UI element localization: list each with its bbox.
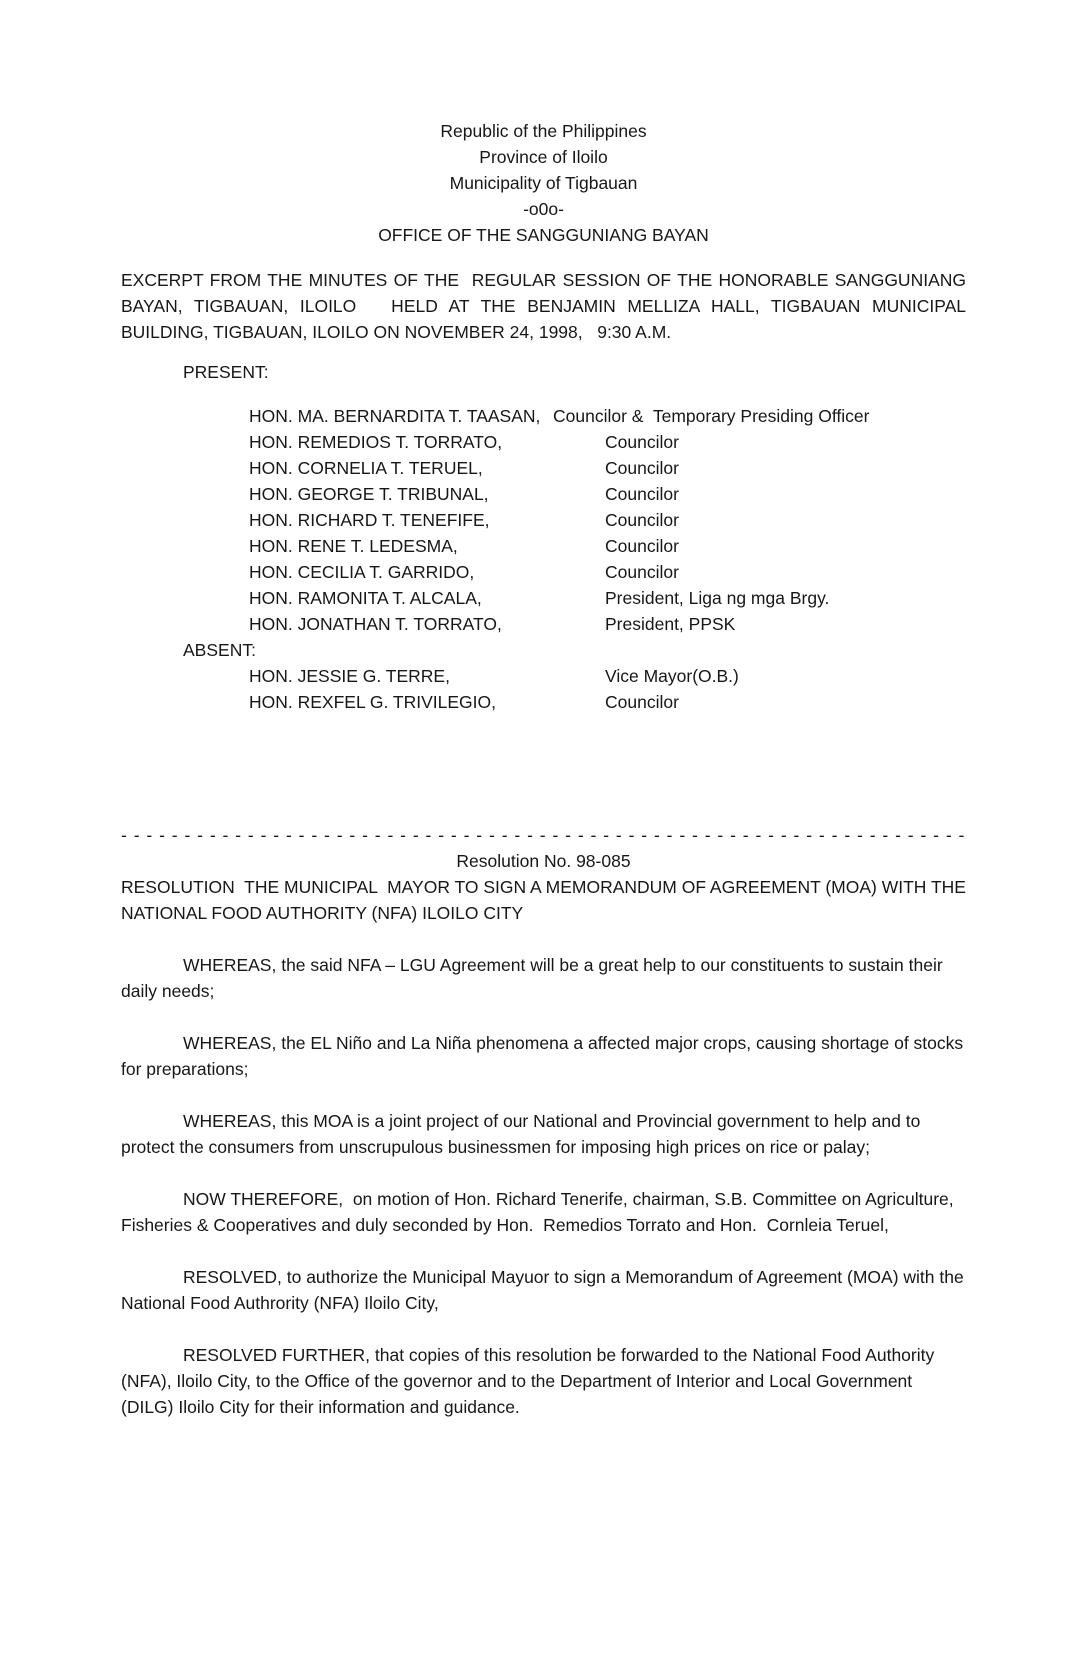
member-role: Councilor	[553, 455, 679, 481]
document-header: Republic of the Philippines Province of …	[121, 118, 966, 248]
member-name: HON. RAMONITA T. ALCALA,	[249, 585, 553, 611]
member-role: Councilor	[553, 429, 679, 455]
member-name: HON. REXFEL G. TRIVILEGIO,	[249, 689, 553, 715]
member-role: President, Liga ng mga Brgy.	[553, 585, 829, 611]
present-row: HON. JONATHAN T. TORRATO, President, PPS…	[249, 611, 966, 637]
member-role: Vice Mayor(O.B.)	[553, 663, 739, 689]
member-name: HON. JONATHAN T. TORRATO,	[249, 611, 553, 637]
present-row: HON. RAMONITA T. ALCALA, President, Liga…	[249, 585, 966, 611]
member-name: HON. GEORGE T. TRIBUNAL,	[249, 481, 553, 507]
member-name: HON. RICHARD T. TENEFIFE,	[249, 507, 553, 533]
member-name: HON. MA. BERNARDITA T. TAASAN,	[249, 403, 553, 429]
document-page: Republic of the Philippines Province of …	[0, 0, 1088, 1664]
header-province-line: Province of Iloilo	[121, 144, 966, 170]
member-role: President, PPSK	[553, 611, 735, 637]
present-row: HON. CORNELIA T. TERUEL, Councilor	[249, 455, 966, 481]
resolution-number: Resolution No. 98-085	[121, 848, 966, 874]
header-municipality-line: Municipality of Tigbauan	[121, 170, 966, 196]
header-office-line: OFFICE OF THE SANGGUNIANG BAYAN	[121, 222, 966, 248]
member-name: HON. JESSIE G. TERRE,	[249, 663, 553, 689]
member-role: Councilor	[553, 507, 679, 533]
resolved-clause: RESOLVED, to authorize the Municipal May…	[121, 1264, 966, 1316]
member-name: HON. REMEDIOS T. TORRATO,	[249, 429, 553, 455]
present-row: HON. GEORGE T. TRIBUNAL, Councilor	[249, 481, 966, 507]
member-role: Councilor	[553, 533, 679, 559]
present-label: PRESENT:	[183, 359, 966, 385]
absent-label: ABSENT:	[183, 637, 966, 663]
dashed-separator: - - - - - - - - - - - - - - - - - - - - …	[121, 822, 966, 848]
member-role: Councilor & Temporary Presiding Officer	[553, 403, 869, 429]
member-name: HON. CECILIA T. GARRIDO,	[249, 559, 553, 585]
resolved-further-clause: RESOLVED FURTHER, that copies of this re…	[121, 1342, 966, 1420]
member-role: Councilor	[553, 689, 679, 715]
member-name: HON. RENE T. LEDESMA,	[249, 533, 553, 559]
present-row: HON. RICHARD T. TENEFIFE, Councilor	[249, 507, 966, 533]
member-name: HON. CORNELIA T. TERUEL,	[249, 455, 553, 481]
header-republic-line: Republic of the Philippines	[121, 118, 966, 144]
present-row: HON. REMEDIOS T. TORRATO, Councilor	[249, 429, 966, 455]
absent-row: HON. REXFEL G. TRIVILEGIO, Councilor	[249, 689, 966, 715]
member-role: Councilor	[553, 481, 679, 507]
member-role: Councilor	[553, 559, 679, 585]
present-row: HON. RENE T. LEDESMA, Councilor	[249, 533, 966, 559]
absent-row: HON. JESSIE G. TERRE, Vice Mayor(O.B.)	[249, 663, 966, 689]
absent-roster: HON. JESSIE G. TERRE, Vice Mayor(O.B.) H…	[249, 663, 966, 715]
whereas-clause-3: WHEREAS, this MOA is a joint project of …	[121, 1108, 966, 1160]
present-row: HON. MA. BERNARDITA T. TAASAN, Councilor…	[249, 403, 966, 429]
now-therefore-clause: NOW THEREFORE, on motion of Hon. Richard…	[121, 1186, 966, 1238]
excerpt-paragraph: EXCERPT FROM THE MINUTES OF THE REGULAR …	[121, 267, 966, 345]
whereas-clause-1: WHEREAS, the said NFA – LGU Agreement wi…	[121, 952, 966, 1004]
header-o0o-ornament: -o0o-	[121, 196, 966, 222]
whereas-clause-2: WHEREAS, the EL Niño and La Niña phenome…	[121, 1030, 966, 1082]
present-row: HON. CECILIA T. GARRIDO, Councilor	[249, 559, 966, 585]
resolution-title: RESOLUTION THE MUNICIPAL MAYOR TO SIGN A…	[121, 874, 966, 926]
present-roster: HON. MA. BERNARDITA T. TAASAN, Councilor…	[249, 403, 966, 637]
